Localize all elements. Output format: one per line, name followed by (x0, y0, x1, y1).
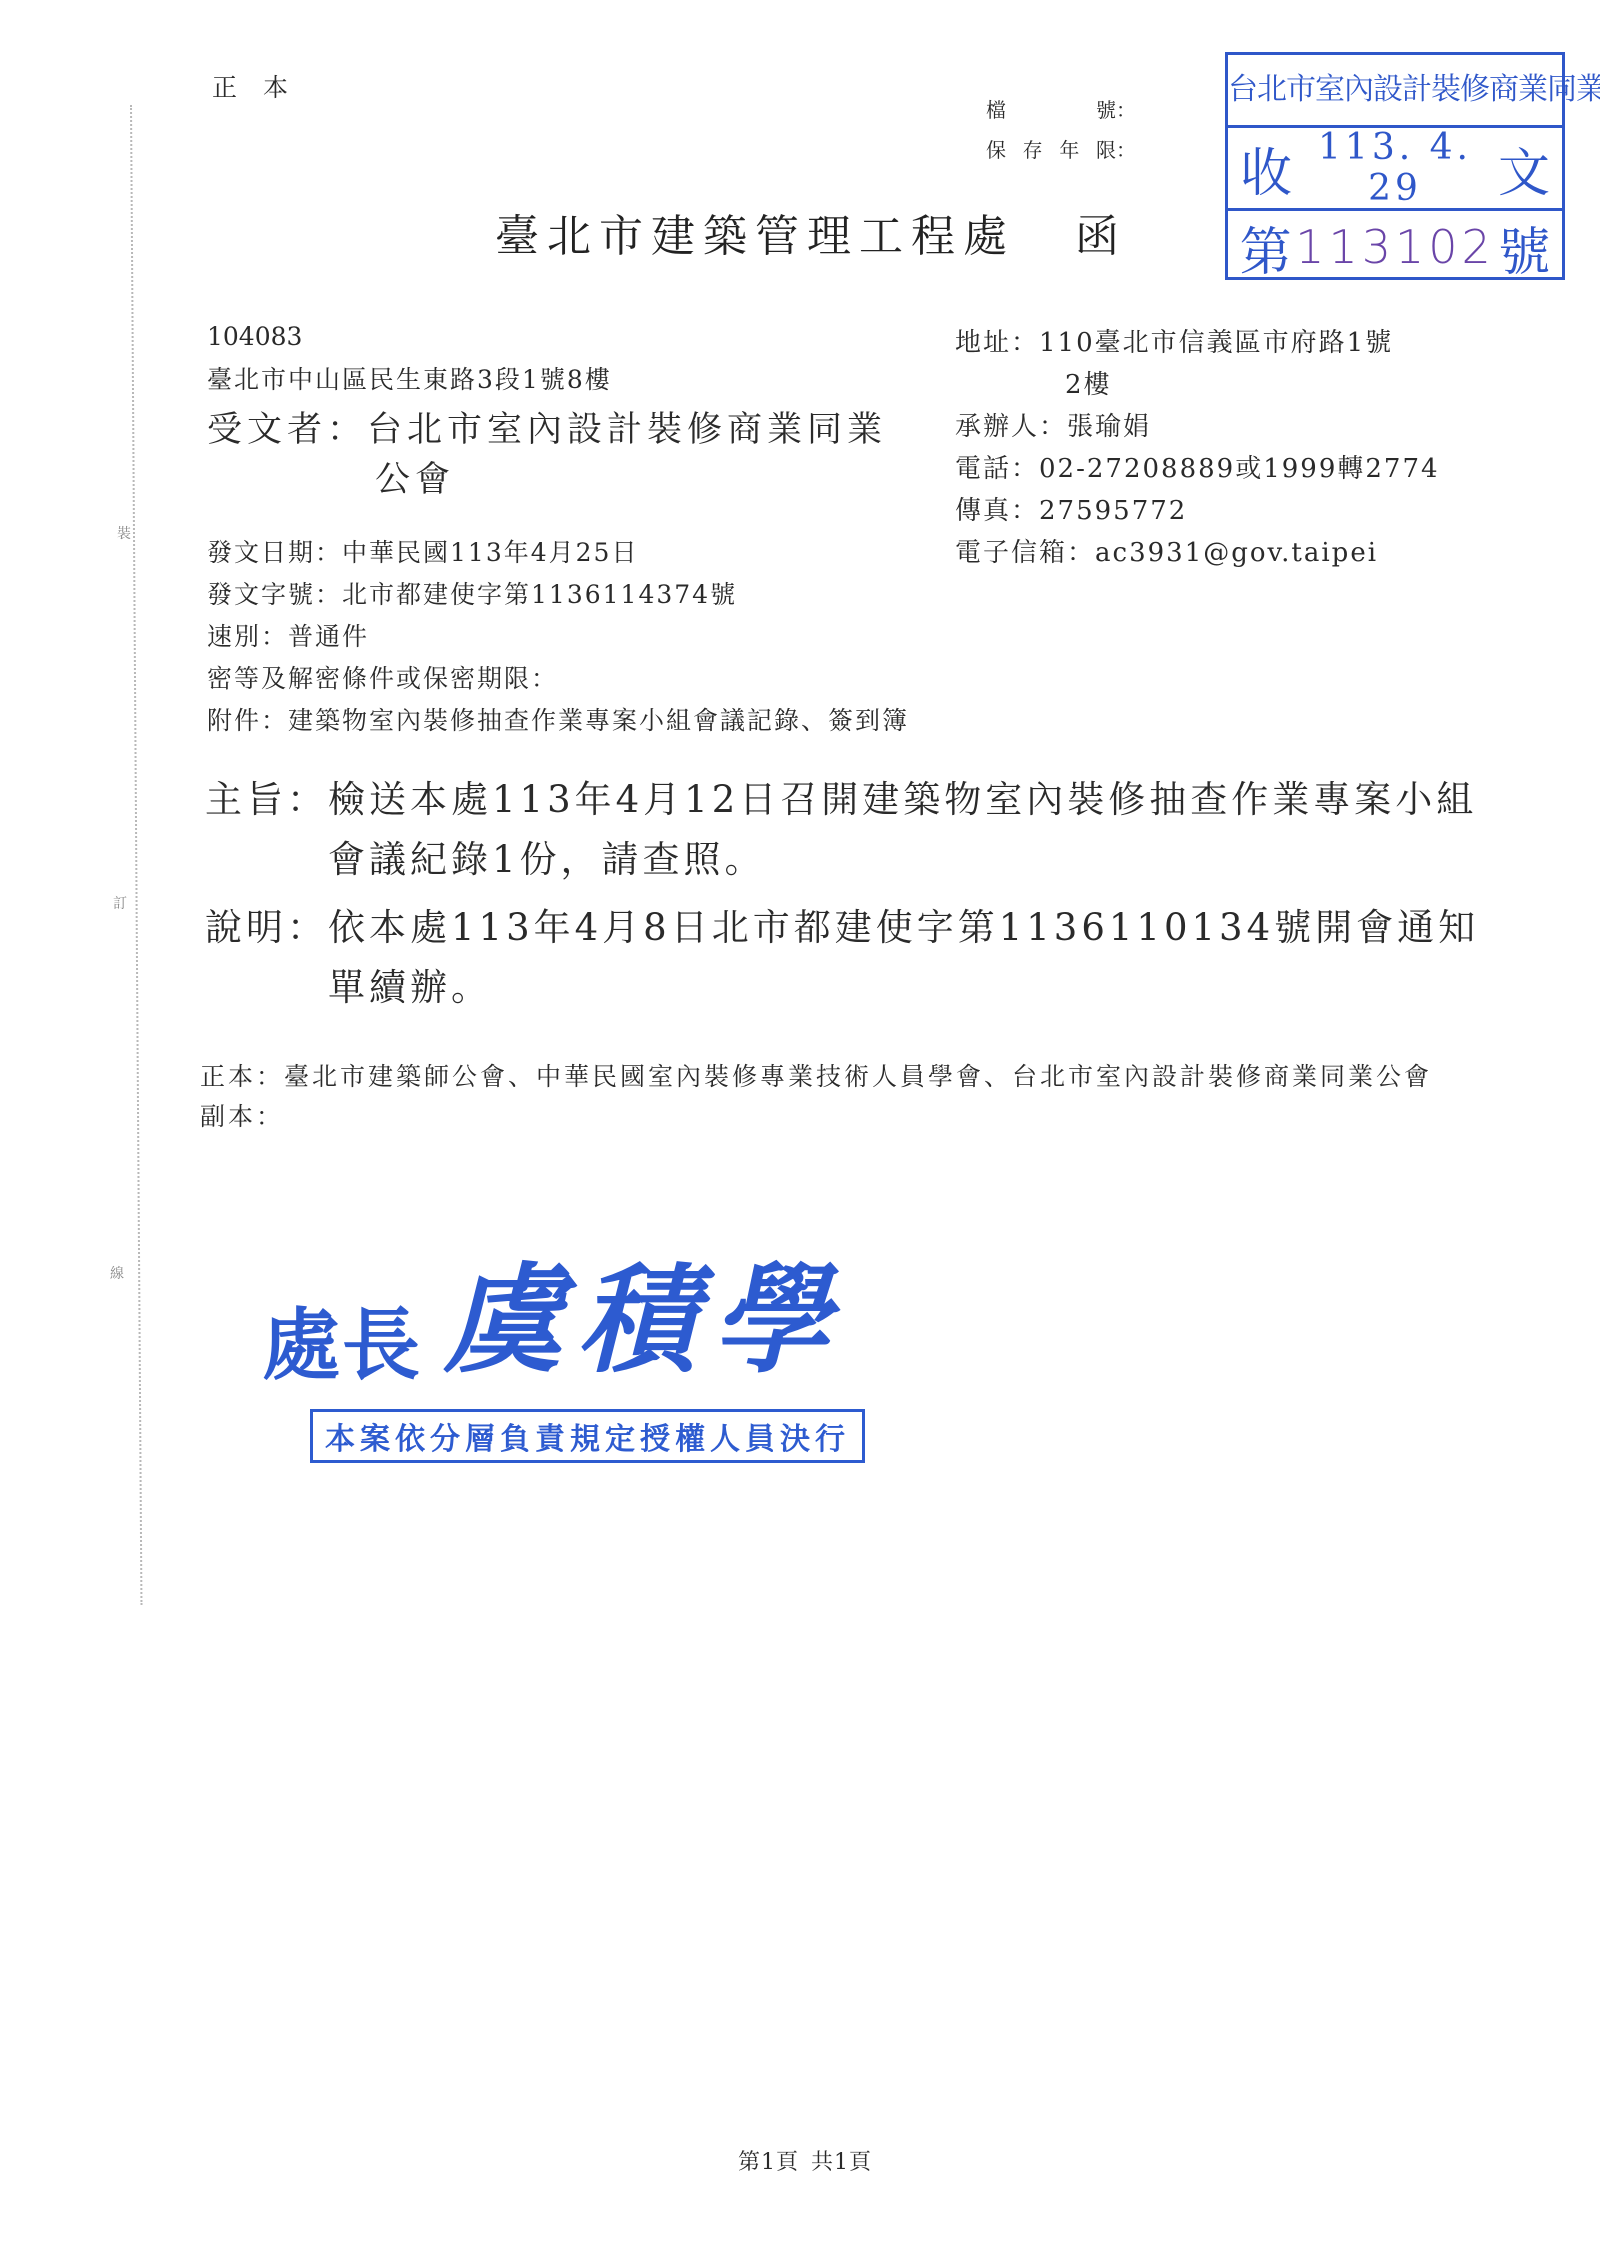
retention-label: 保存年限 (986, 130, 1116, 170)
recipient-address: 臺北市中山區民生東路3段1號8樓 (207, 360, 612, 396)
subject-text: 檢送本處113年4月12日召開建築物室內裝修抽查作業專案小組會議紀錄1份，請查照… (328, 770, 1485, 890)
delegation-note: 本案依分層負責規定授權人員決行 (310, 1409, 865, 1463)
received-stamp-date-row: 收 113. 4. 29 文 (1228, 128, 1562, 211)
speed: 速別：普通件 (207, 616, 909, 658)
handler-name: 張瑜娟 (1067, 412, 1151, 442)
security-level: 密等及解密條件或保密期限： (207, 658, 909, 700)
binding-label-line: 線 (110, 1262, 124, 1284)
received-stamp: 台北市室內設計裝修商業同業公會 收 113. 4. 29 文 第 113102 … (1225, 52, 1565, 280)
binding-label-bind: 裝 (117, 522, 131, 544)
issue-date: 發文日期：中華民國113年4月25日 (207, 532, 909, 574)
signature-stamp: 處長虞積學 本案依分層負責規定授權人員決行 (262, 1225, 865, 1463)
recipient-label: 受文者： (207, 410, 367, 450)
number-prefix: 第 (1236, 210, 1295, 285)
doc-number: 發文字號：北市都建使字第1136114374號 (207, 574, 909, 616)
subject-label: 主旨： (205, 770, 328, 890)
received-char: 收 (1236, 131, 1296, 206)
recipient-postal-code: 104083 (207, 322, 302, 351)
document-meta: 發文日期：中華民國113年4月25日 發文字號：北市都建使字第113611437… (207, 532, 909, 742)
distribution: 正本： 臺北市建築師公會、中華民國室內裝修專業技術人員學會、台北市室內設計裝修商… (200, 1057, 1480, 1137)
signature-title: 處長 (262, 1283, 422, 1395)
copy-recipients: 副本： (200, 1097, 1480, 1137)
sender-info: 地址：110臺北市信義區市府路1號 2樓 承辦人：張瑜娟 電話：02-27208… (955, 322, 1440, 574)
recipient-name-line1: 台北市室內設計裝修商業同業 (367, 410, 887, 450)
file-meta: 檔號： 保存年限： (986, 90, 1130, 170)
handler: 承辦人：張瑜娟 (955, 406, 1440, 448)
page-footer: 第1頁共1頁 (738, 2145, 872, 2176)
binding-label-staple: 訂 (113, 892, 127, 914)
email: 電子信箱：ac3931@gov.taipei (955, 532, 1440, 574)
binding-line (130, 105, 142, 1605)
recipient: 受文者：台北市室內設計裝修商業同業 公會 (207, 405, 887, 505)
file-number-row: 檔號： (986, 90, 1130, 130)
document-body: 主旨： 檢送本處113年4月12日召開建築物室內裝修抽查作業專案小組會議紀錄1份… (205, 770, 1485, 1018)
explanation-label: 說明： (205, 898, 328, 1018)
fax-number: 27595772 (1039, 496, 1187, 526)
phone-number: 02-27208889或1999轉2774 (1039, 454, 1440, 484)
recipient-name-line2: 公會 (207, 455, 887, 505)
email-address[interactable]: ac3931@gov.taipei (1095, 538, 1378, 568)
received-date: 113. 4. 29 (1296, 127, 1494, 209)
attachments: 附件：建築物室內裝修抽查作業專案小組會議記錄、簽到簿 (207, 700, 909, 742)
phone: 電話：02-27208889或1999轉2774 (955, 448, 1440, 490)
document-title: 臺北市建築管理工程處函 (495, 200, 1127, 264)
doc-char: 文 (1494, 131, 1554, 206)
fax: 傳真：27595772 (955, 490, 1440, 532)
copy-type: 正本 (212, 68, 314, 104)
page-total: 共1頁 (811, 2150, 872, 2175)
explanation-text: 依本處113年4月8日北市都建使字第1136110134號開會通知單續辦。 (328, 898, 1485, 1018)
signature-name: 虞積學 (444, 1225, 846, 1395)
retention-row: 保存年限： (986, 130, 1130, 170)
agency-name: 臺北市建築管理工程處 (495, 211, 1015, 262)
subject-paragraph: 主旨： 檢送本處113年4月12日召開建築物室內裝修抽查作業專案小組會議紀錄1份… (205, 770, 1485, 890)
received-number: 113102 (1295, 220, 1495, 274)
received-stamp-number-row: 第 113102 號 (1228, 211, 1562, 283)
number-suffix: 號 (1495, 210, 1554, 285)
page-number: 第1頁 (738, 2150, 799, 2175)
sender-address: 地址：110臺北市信義區市府路1號 2樓 (955, 322, 1440, 406)
file-number-label: 檔號 (986, 90, 1116, 130)
explanation-paragraph: 說明： 依本處113年4月8日北市都建使字第1136110134號開會通知單續辦… (205, 898, 1485, 1018)
original-recipients: 正本： 臺北市建築師公會、中華民國室內裝修專業技術人員學會、台北市室內設計裝修商… (200, 1057, 1480, 1097)
document-type: 函 (1075, 211, 1127, 262)
received-stamp-organization: 台北市室內設計裝修商業同業公會 (1228, 55, 1562, 128)
